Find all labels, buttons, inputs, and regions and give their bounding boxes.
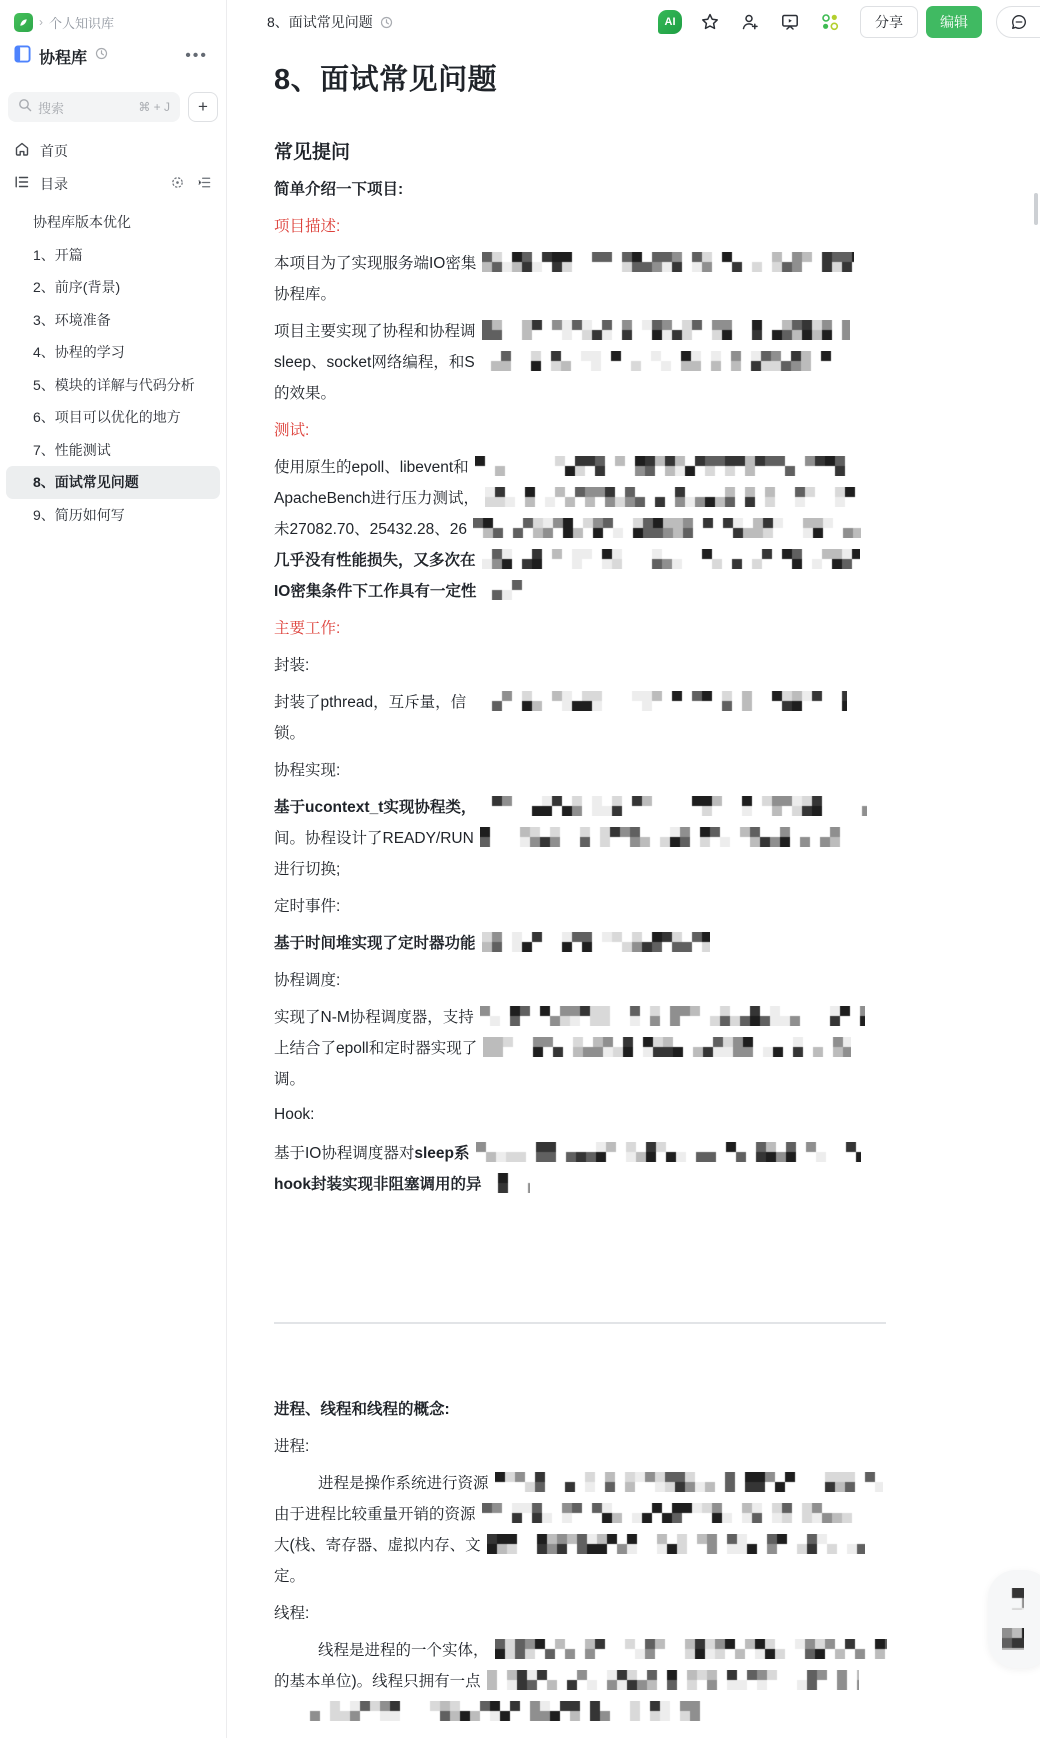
chevron-right-icon: › [39,16,43,28]
redacted-mosaic [481,351,837,371]
search-placeholder: 搜索 [38,98,132,117]
doc-line: 使用原生的epoll、libevent和 [274,450,887,481]
doc-line: 定。 [274,1559,887,1590]
doc-line: 封装了pthread，互斥量，信 [274,685,887,716]
topbar-doc-title: 8、面试常见问题 [267,12,373,32]
redacted-mosaic [300,1701,750,1721]
ai-badge: AI [658,10,682,34]
doc-line: 间。协程设计了READY/RUN [274,821,887,852]
knowledge-base-header[interactable]: 协程库 ••• [0,36,226,76]
doc-paragraph: 封装: [274,648,887,679]
toc-item[interactable]: 9、简历如何写 [6,499,220,532]
kb-title: 协程库 [39,45,87,68]
app-window: › 个人知识库 协程库 ••• 搜索 ⌘ + J + [0,0,1040,1738]
scrollbar-thumb[interactable] [1034,193,1038,225]
topbar: 8、面试常见问题 AI 分享 [227,0,1040,44]
doc-paragraph: 实现了N-M协程调度器，支持上结合了epoll和定时器实现了调。 [274,1000,887,1093]
toc-item[interactable]: 6、项目可以优化的地方 [6,401,220,434]
doc-line: 上结合了epoll和定时器实现了 [274,1031,887,1062]
redacted-mosaic [483,1037,851,1057]
sidebar-item-toc[interactable]: 目录 [6,167,220,200]
doc-paragraph: 定时事件: [274,889,887,920]
doc-paragraph: 本项目为了实现服务端IO密集协程库。 [274,246,887,308]
locate-current-icon[interactable] [170,175,185,193]
doc-red-label: 主要工作: [274,611,887,642]
redacted-mosaic [482,252,854,272]
doc-paragraph: 基于ucontext_t实现协程类，间。协程设计了READY/RUN进行切换; [274,790,887,883]
doc-line: 实现了N-M协程调度器，支持 [274,1000,887,1031]
doc-paragraph: Hook: [274,1099,887,1130]
redacted-mosaic [485,487,875,507]
redacted-mosaic [487,1534,865,1554]
star-favorite-button[interactable] [690,6,730,38]
doc-line: 的效果。 [274,376,887,407]
redacted-mosaic [488,1173,530,1193]
breadcrumb-label: 个人知识库 [49,13,114,32]
toc-tree: 协程库版本优化1、开篇2、前序(背景)3、环境准备4、协程的学习5、模块的详解与… [0,206,226,531]
doc-line: 基于ucontext_t实现协程类， [274,790,887,821]
doc-paragraph: 线程是进程的一个实体，的基本单位)。线程只拥有一点 [274,1633,887,1726]
sidebar-item-label: 首页 [40,141,68,161]
doc-paragraph: 进程是操作系统进行资源由于进程比较重量开销的资源大(栈、寄存器、虚拟内存、文定。 [274,1466,887,1590]
comments-icon[interactable] [1003,8,1035,36]
toc-item[interactable]: 5、模块的详解与代码分析 [6,369,220,402]
doc-line: 项目主要实现了协程和协程调 [274,314,887,345]
redacted-mosaic [482,796,867,816]
doc-line: hook封装实现非阻塞调用的异 [274,1167,887,1198]
divider [274,1322,886,1324]
doc-line: 未27082.70、25432.28、26 [274,512,887,543]
floating-action-top[interactable] [1002,1588,1024,1610]
redacted-mosaic [480,827,850,847]
doc-paragraph: 基于时间堆实现了定时器功能 [274,926,887,957]
ai-assistant-button[interactable]: AI [650,6,690,38]
redacted-mosaic [472,691,847,711]
notebook-icon [14,45,31,68]
doc-line [274,1695,887,1726]
doc-line: 锁。 [274,716,887,747]
collapse-list-icon[interactable] [197,175,212,193]
search-input[interactable]: 搜索 ⌘ + J [8,92,180,122]
doc-line: sleep、socket网络编程，和S [274,345,887,376]
sidebar-item-label: 目录 [40,174,68,194]
search-icon [18,98,32,117]
doc-paragraph: 协程实现: [274,753,887,784]
doc-paragraph: 基于IO协程调度器对sleep系hook封装实现非阻塞调用的异 [274,1136,887,1198]
more-options-button[interactable]: ••• [181,46,212,66]
doc-line: IO密集条件下工作具有一定性 [274,574,887,605]
toc-tree-icon [14,174,30,193]
sync-status-icon [95,47,108,65]
topbar-right-pill [996,6,1040,38]
doc-line: 的基本单位)。线程只拥有一点 [274,1664,887,1695]
redacted-mosaic [482,1503,862,1523]
doc-paragraph: 项目主要实现了协程和协程调sleep、socket网络编程，和S的效果。 [274,314,887,407]
doc-title: 8、面试常见问题 [274,60,887,100]
sidebar: › 个人知识库 协程库 ••• 搜索 ⌘ + J + [0,0,227,1738]
edit-button[interactable]: 编辑 [926,6,982,38]
redacted-mosaic [487,1670,859,1690]
add-collaborator-button[interactable] [730,6,770,38]
floating-action-bottom[interactable] [1002,1628,1024,1650]
doc-line: 进程是操作系统进行资源 [274,1466,887,1497]
doc-paragraph: 协程调度: [274,963,887,994]
doc-paragraph: 进程、线程和线程的概念: [274,1392,887,1423]
doc-line: 调。 [274,1062,887,1093]
doc-line: 协程库。 [274,277,887,308]
doc-line: 由于进程比较重量开销的资源 [274,1497,887,1528]
doc-paragraph: 封装了pthread，互斥量，信锁。 [274,685,887,747]
doc-line: ApacheBench进行压力测试， [274,481,887,512]
toc-item[interactable]: 7、性能测试 [6,434,220,467]
toc-item[interactable]: 2、前序(背景) [6,271,220,304]
doc-line: 几乎没有性能损失，又多次在 [274,543,887,574]
toc-item[interactable]: 8、面试常见问题 [6,466,220,499]
redacted-mosaic [482,932,710,952]
redacted-mosaic [476,1142,861,1162]
breadcrumb[interactable]: › 个人知识库 [0,0,226,32]
redacted-mosaic [475,456,847,476]
doc-paragraph: 进程: [274,1429,887,1460]
doc-red-label: 测试: [274,413,887,444]
doc-paragraph: 线程: [274,1596,887,1627]
main-area: 8、面试常见问题 AI 分享 [227,0,1040,1738]
toc-item[interactable]: 协程库版本优化 [6,206,220,239]
home-icon [14,141,30,160]
redacted-mosaic [480,1006,865,1026]
new-page-button[interactable]: + [188,92,218,122]
doc-line: 基于时间堆实现了定时器功能 [274,926,887,957]
share-button[interactable]: 分享 [860,6,918,38]
doc-paragraph: 使用原生的epoll、libevent和ApacheBench进行压力测试，未2… [274,450,887,605]
doc-heading: 常见提问 [274,140,887,166]
redacted-mosaic [473,518,861,538]
document-body: 8、面试常见问题常见提问简单介绍一下项目:项目描述:本项目为了实现服务端IO密集… [227,60,887,1726]
doc-line: 大(栈、寄存器、虚拟内存、文 [274,1528,887,1559]
doc-line: 进行切换; [274,852,887,883]
toc-item[interactable]: 3、环境准备 [6,304,220,337]
doc-line: 基于IO协程调度器对sleep系 [274,1136,887,1167]
doc-line: 本项目为了实现服务端IO密集 [274,246,887,277]
redacted-mosaic [495,1472,883,1492]
redacted-mosaic [482,549,860,569]
toc-item[interactable]: 1、开篇 [6,239,220,272]
doc-paragraph: 简单介绍一下项目: [274,172,887,203]
doc-red-label: 项目描述: [274,209,887,240]
toc-item[interactable]: 4、协程的学习 [6,336,220,369]
redacted-mosaic [482,580,532,600]
apps-grid-icon[interactable] [810,6,850,38]
floating-action-pill [988,1570,1040,1668]
doc-line: 线程是进程的一个实体， [274,1633,887,1664]
doc-sync-icon [380,16,393,29]
redacted-mosaic [495,1639,887,1659]
redacted-mosaic [482,320,850,340]
search-shortcut: ⌘ + J [138,100,170,114]
sidebar-item-home[interactable]: 首页 [6,134,220,167]
workspace-logo-icon [14,13,33,32]
present-mode-button[interactable] [770,6,810,38]
